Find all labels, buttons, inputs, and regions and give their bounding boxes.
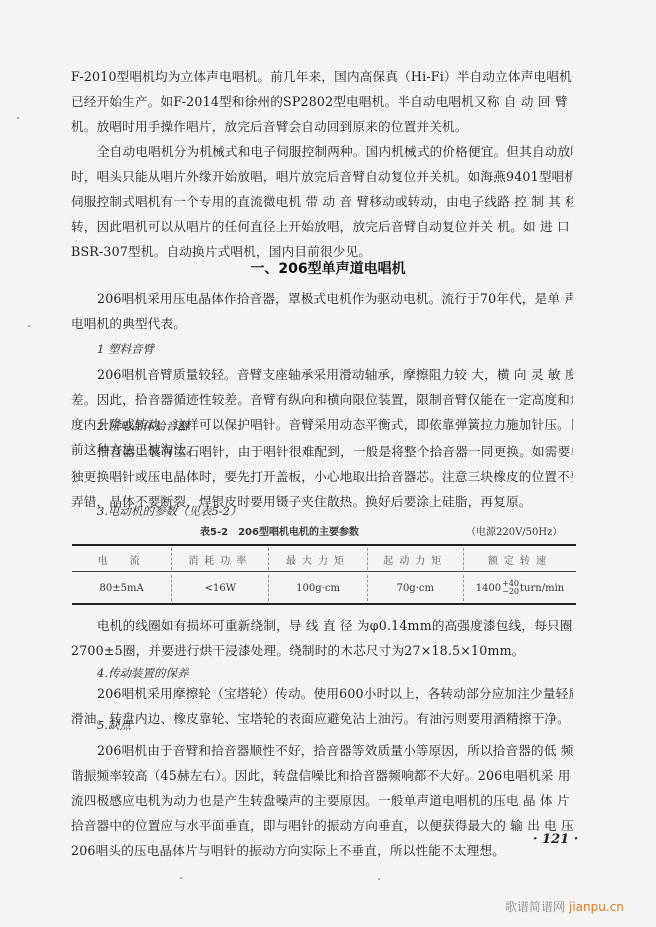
subheading-4: 4.传动装置的保养 (97, 665, 188, 681)
subheading-2: 2.压电晶体拾音器 (97, 418, 188, 434)
paragraph-fully-automatic: 全自动电唱机分为机械式和电子伺服控制两种。国内机械式的价格便宜。但其自动放唱 时… (71, 139, 573, 264)
text-line: 206唱机采用压电晶体作拾音器，罩极式电机作为驱动电机。流行于70年代，是单 声… (71, 286, 573, 311)
header-starting-torque: 起动力矩 (368, 548, 464, 570)
book-page: F-2010型唱机均为立体声电唱机。前几年来，国内高保真（Hi-Fi）半自动立体… (0, 0, 656, 927)
watermark-text: 歌谱简谱网 (505, 900, 565, 914)
text-line: 206唱机音臂质量较轻。音臂支座轴承采用滑动轴承，摩擦阻力较 大，横 向 灵 敏… (71, 362, 573, 387)
paragraph-intro-hifi: F-2010型唱机均为立体声电唱机。前几年来，国内高保真（Hi-Fi）半自动立体… (71, 64, 573, 139)
table-caption: 表5-2 206型唱机电机的主要参数 (200, 523, 359, 538)
watermark-domain: jianpu.cn (569, 900, 624, 914)
table-rule-mid (72, 571, 576, 572)
text-line: 滑油。转盘内边、橡皮靠轮、宝塔轮的表面应避免沾上油污。有油污则要用酒精擦干净。 (71, 706, 573, 731)
text-line: 206唱机采用摩擦轮（宝塔轮）传动。使用600小时以上，各转动部分应加注少量轻质… (71, 681, 573, 706)
speed-unit: turn/min (520, 583, 564, 594)
text-line: 机。放唱时用手操作唱片，放完后音臂会自动回到原来的位置并关机。 (71, 114, 573, 139)
text-line: 时，唱头只能从唱片外缘开始放唱，唱片放完后音臂自动复位并关机。如海燕9401型唱… (71, 164, 573, 189)
paragraph-drawbacks: 206唱机由于音臂和拾音器顺性不好，拾音器等效质量小等原因，所以拾音器的低 频 … (71, 738, 573, 863)
text-line: 已经开始生产。如F-2014型和徐州的SP2802型电唱机。半自动电唱机又称 自… (71, 89, 573, 114)
watermark: 歌谱简谱网jianpu.cn (505, 898, 624, 915)
table-header-row: 电 流 消耗功率 最大力矩 起动力矩 额定转速 (72, 548, 576, 570)
text-line: 独更换唱针或压电晶体时，要先打开盖板，小心地取出拾音器芯。注意三块橡皮的位置不要 (71, 464, 573, 489)
text-line: 206唱头的压电晶体片与唱针的振动方向实际上不垂直，所以性能不太理想。 (71, 838, 573, 863)
scan-speck (180, 877, 182, 879)
paragraph-drive: 206唱机采用摩擦轮（宝塔轮）传动。使用600小时以上，各转动部分应加注少量轻质… (71, 681, 573, 731)
paragraph-206-intro: 206唱机采用压电晶体作拾音器，罩极式电机作为驱动电机。流行于70年代，是单 声… (71, 286, 573, 336)
subheading-3: 3.电动机的参数（见表5-2） (97, 503, 242, 519)
cell-rated-speed: 1400 +40 −20 turn/min (464, 575, 576, 601)
cell-starting-torque: 70g·cm (368, 575, 464, 601)
paragraph-coil: 电机的线圈如有损坏可重新绕制，导 线 直 径 为φ0.14mm的高强度漆包线，每… (71, 613, 573, 663)
text-line: 流四极感应电机为动力也是产生转盘噪声的主要原因。一般单声道电唱机的压电 晶 体 … (71, 788, 573, 813)
cell-max-torque: 100g·cm (269, 575, 367, 601)
text-line: F-2010型唱机均为立体声电唱机。前几年来，国内高保真（Hi-Fi）半自动立体… (71, 64, 573, 89)
page-number: · 121 · (533, 832, 578, 847)
table-rule-bottom (72, 603, 576, 605)
text-line: 差。因此，拾音器循迹性较差。音臂有纵向和横向限位装置，限制音臂仅能在一定高度和角 (71, 387, 573, 412)
section-heading: 一、206型单声道电唱机 (0, 258, 656, 278)
header-power: 消耗功率 (172, 548, 269, 570)
text-line: 206唱机由于音臂和拾音器顺性不好，拾音器等效质量小等原因，所以拾音器的低 频 … (71, 738, 573, 763)
text-line: 谐振频率较高（45赫左右）。因此，转盘信噪比和拾音器频响都不大好。206电唱机采… (71, 763, 573, 788)
text-line: 电机的线圈如有损坏可重新绕制，导 线 直 径 为φ0.14mm的高强度漆包线，每… (71, 613, 573, 638)
text-line: 2700±5圈，并要进行烘干浸漆处理。绕制时的木芯尺寸为27×18.5×10mm… (71, 638, 573, 663)
subheading-5: 5.缺点 (97, 717, 131, 733)
text-line: 全自动电唱机分为机械式和电子伺服控制两种。国内机械式的价格便宜。但其自动放唱 (71, 139, 573, 164)
scan-speck (17, 117, 19, 119)
table-row: 80±5mA <16W 100g·cm 70g·cm 1400 +40 −20 … (72, 575, 576, 601)
tolerance-minus: −20 (502, 588, 519, 596)
scan-speck (28, 325, 30, 327)
subheading-1: 1 塑料音臂 (97, 341, 154, 357)
header-max-torque: 最大力矩 (269, 548, 367, 570)
text-line: 伺服控制式唱机有一个专用的直流微电机 带 动 音 臂移动或转动，由电子线路 控 … (71, 189, 573, 214)
text-line: 转，因此唱机可以从唱片的任何直径上开始放唱，放完后音臂自动复位并关 机。如 进 … (71, 214, 573, 239)
table-power-note: （电源220V/50Hz） (466, 523, 562, 538)
cell-power: <16W (172, 575, 269, 601)
speed-tolerance: +40 −20 (502, 580, 519, 596)
header-current: 电 流 (72, 548, 172, 570)
text-line: 电唱机的典型代表。 (71, 311, 573, 336)
cell-current: 80±5mA (72, 575, 172, 601)
scan-speck (378, 878, 380, 880)
speed-value: 1400 (476, 583, 501, 594)
table-rule-top (72, 544, 576, 546)
text-line: 拾音器上装有宝石唱针，由于唱针很难配到，一般是将整个拾音器一同更换。如需要单 (71, 439, 573, 464)
header-rated-speed: 额定转速 (464, 548, 576, 570)
text-line: 拾音器中的位置应与水平面垂直，即与唱针的振动方向垂直，以便获得最大的 输 出 电… (71, 813, 573, 838)
